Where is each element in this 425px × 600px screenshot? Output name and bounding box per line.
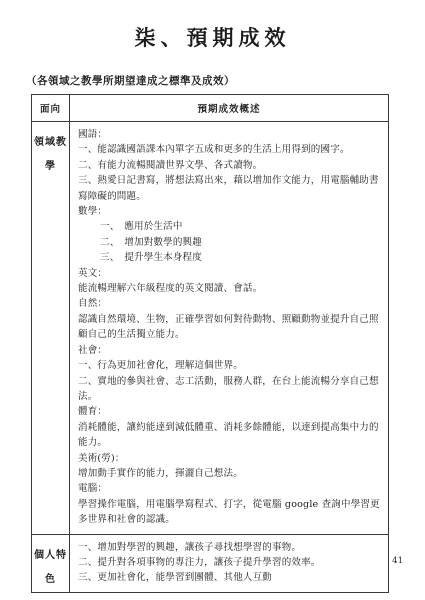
content-line: 電腦： [78,481,382,496]
content-line: 學習操作電腦，用電腦學寫程式、打字，從電腦 google 查詢中學習更多世界和社… [78,497,382,528]
content-line: 能流暢理解六年級程度的英文閱讀、會話。 [78,281,382,296]
content-line: 二、 增加對數學的興趣 [100,235,382,250]
content-line: 美術(勞)： [78,451,382,466]
page-title: 柒、預期成效 [0,0,425,52]
content-line: 英文： [78,266,382,281]
content-line: 自然： [78,296,382,311]
page-subtitle: （各領域之教學所期望達成之標準及成效） [26,73,425,88]
content-line: 認識自然環境、生物，正確學習如何對待動物、照顧動物並提升自己照顧自己的生活獨立能… [78,312,382,343]
content-line: 增加動手實作的能力，揮灑自己想法。 [78,466,382,481]
aspect-label: 個人特色 [32,544,69,592]
page-number: 41 [392,556,403,566]
content-line: 數學： [78,204,382,219]
content-line: 三、熱愛日記書寫，將想法寫出來，藉以增加作文能力，用電腦輔助書寫障礙的問題。 [78,173,382,204]
content-line: 一、能認識國語課本內單字五成和更多的生活上用得到的國字。 [78,142,382,157]
content-line: 體育： [78,404,382,419]
content-line: 二、提升對各項事物的專注力，讓孩子提升學習的效率。 [78,555,382,570]
content-line: 國語： [78,127,382,142]
content-line: 三、 提升學生本身程度 [100,250,382,265]
content-line: 三、更加社會化，能學習到團體、其他人互動 [78,570,382,585]
content-cell: 國語：一、能認識國語課本內單字五成和更多的生活上用得到的國字。二、有能力流暢閱讀… [70,122,389,535]
aspect-cell: 個人特色 [32,534,70,592]
content-cell: 一、增加對學習的興趣，讓孩子尋找想學習的事物。二、提升對各項事物的專注力，讓孩子… [70,534,389,592]
table-row: 個人特色一、增加對學習的興趣，讓孩子尋找想學習的事物。二、提升對各項事物的專注力… [32,534,389,592]
aspect-cell: 領域教學 [32,122,70,535]
content-line: 一、 應用於生活中 [100,219,382,234]
expected-outcomes-table: 面向 預期成效概述 領域教學國語：一、能認識國語課本內單字五成和更多的生活上用得… [31,94,389,593]
content-line: 二、實地的參與社會、志工活動，服務人群，在台上能流暢分享自己想法。 [78,374,382,405]
content-line: 一、行為更加社會化，理解這個世界。 [78,358,382,373]
header-summary: 預期成效概述 [70,95,389,122]
table-row: 領域教學國語：一、能認識國語課本內單字五成和更多的生活上用得到的國字。二、有能力… [32,122,389,535]
table-header-row: 面向 預期成效概述 [32,95,389,122]
content-line: 一、增加對學習的興趣，讓孩子尋找想學習的事物。 [78,540,382,555]
content-line: 二、有能力流暢閱讀世界文學、各式讀物。 [78,158,382,173]
content-line: 社會： [78,343,382,358]
document-page: 柒、預期成效 （各領域之教學所期望達成之標準及成效） 面向 預期成效概述 領域教… [0,0,425,593]
content-line: 消耗體能，讓約能達到減低體重、消耗多餘體能，以達到提高集中力的能力。 [78,420,382,451]
aspect-label: 領域教學 [32,131,69,179]
header-aspect: 面向 [32,95,70,122]
